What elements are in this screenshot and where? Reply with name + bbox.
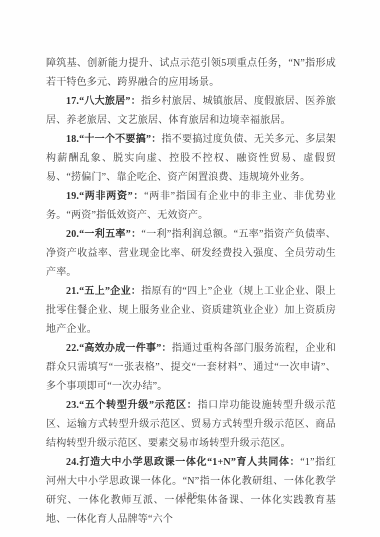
page-number: 126 xyxy=(0,491,380,501)
glossary-item-19: 19.“两非两资”：“两非”指国有企业中的非主业、非优势业务。“两资”指低效资产… xyxy=(46,187,336,225)
glossary-item-20: 20.“一利五率”：“一利”指利润总额。“五率”指资产负债率、净资产收益率、营业… xyxy=(46,225,336,282)
glossary-item-23: 23.“五个转型升级”示范区：指口岸功能设施转型升级示范区、运输方式转型升级示范… xyxy=(46,396,336,453)
glossary-item-22: 22.“高效办成一件事”：指通过重构各部门服务流程，企业和群众只需填写“一张表格… xyxy=(46,339,336,396)
term-number-label: 19.“两非两资”： xyxy=(66,191,144,202)
term-number-label: 18.“十一个不要搞”： xyxy=(66,134,162,145)
term-number-label: 22.“高效办成一件事”： xyxy=(66,343,172,354)
term-number-label: 20.“一利五率”： xyxy=(66,229,141,240)
document-text-block: 障筑基、创新能力提升、试点示范引领5项重点任务，“N”指形成若干特色多元、跨界融… xyxy=(46,54,336,529)
term-number-label: 23.“五个转型升级”示范区： xyxy=(66,400,197,411)
glossary-item-18: 18.“十一个不要搞”：指不要搞过度负债、无关多元、多层架构薪酬乱象、脱实向虚、… xyxy=(46,130,336,187)
glossary-item-21: 21.“五上”企业：指原有的“四上”企业（规上工业企业、限上批零住餐企业、规上服… xyxy=(46,282,336,339)
term-number-label: 24.打造大中小学思政课一体化“1+N”育人共同体： xyxy=(66,457,300,468)
document-page: 障筑基、创新能力提升、试点示范引领5项重点任务，“N”指形成若干特色多元、跨界融… xyxy=(0,0,380,537)
glossary-item-17: 17.“八大旅居”：指乡村旅居、城镇旅居、度假旅居、医养旅居、养老旅居、文艺旅居… xyxy=(46,92,336,130)
term-number-label: 21.“五上”企业： xyxy=(66,286,141,297)
definition-text: 障筑基、创新能力提升、试点示范引领5项重点任务，“N”指形成若干特色多元、跨界融… xyxy=(46,58,336,88)
paragraph-continuation: 障筑基、创新能力提升、试点示范引领5项重点任务，“N”指形成若干特色多元、跨界融… xyxy=(46,54,336,92)
term-number-label: 17.“八大旅居”： xyxy=(66,96,141,107)
